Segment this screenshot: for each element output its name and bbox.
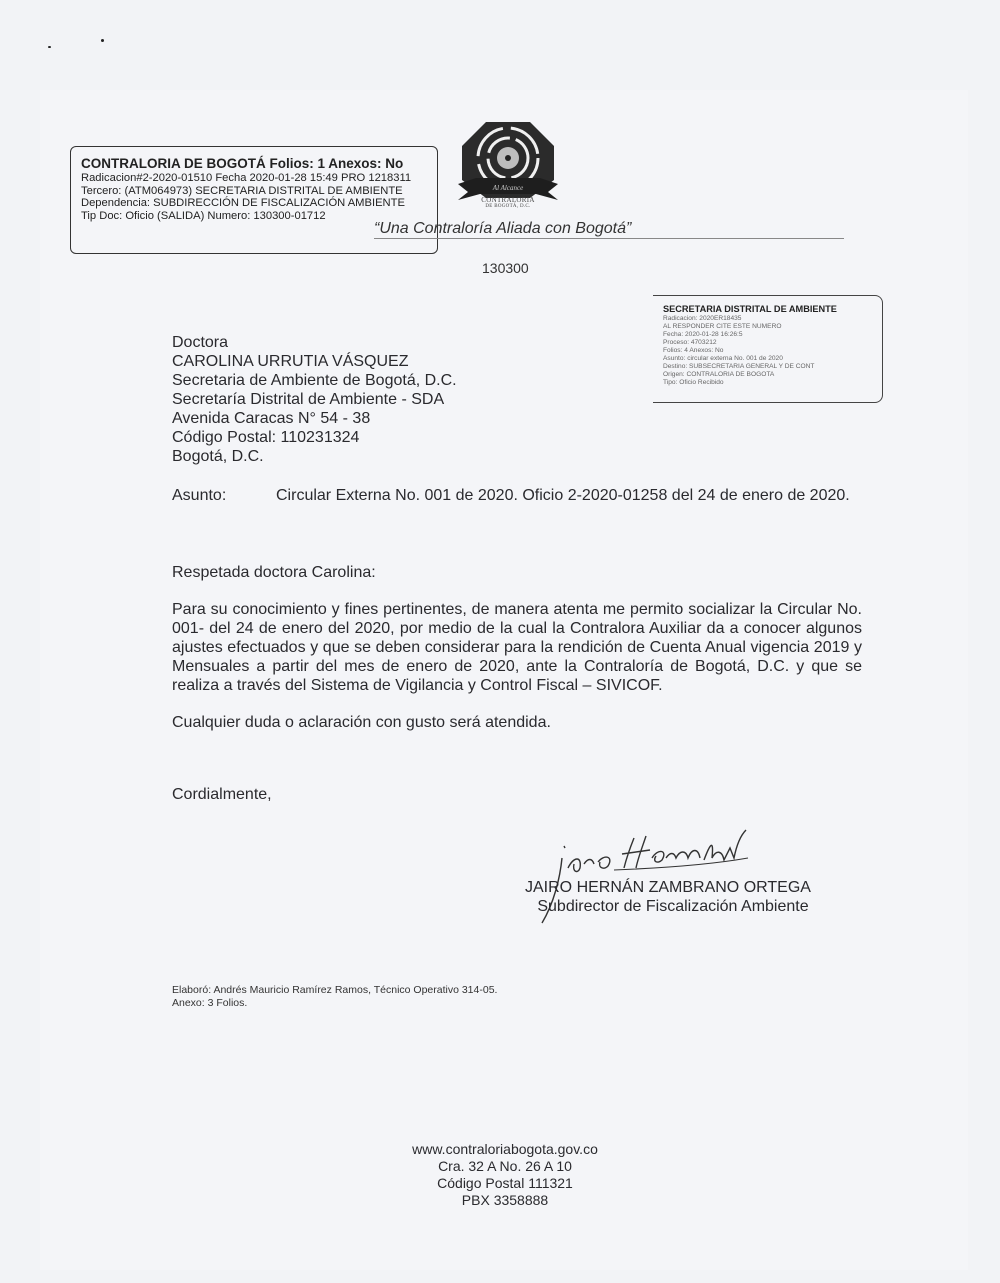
stamp-title: CONTRALORIA DE BOGOTÁ Folios: 1 Anexos: … bbox=[81, 156, 437, 172]
received-stamp-line: Destino: SUBSECRETARIA GENERAL Y DE CONT bbox=[663, 363, 882, 371]
addressee-address: Avenida Caracas N° 54 - 38 bbox=[172, 409, 457, 428]
received-stamp-line: AL RESPONDER CITE ESTE NUMERO bbox=[663, 323, 882, 331]
footer-website[interactable]: www.contraloriabogota.gov.co bbox=[380, 1141, 630, 1158]
received-stamp-line: Origen: CONTRALORIA DE BOGOTA bbox=[663, 371, 882, 379]
signer-block: JAIRO HERNÁN ZAMBRANO ORTEGA Subdirector… bbox=[525, 878, 811, 916]
addressee-postal-code: Código Postal: 110231324 bbox=[172, 428, 457, 447]
received-stamp-line: Folios: 4 Anexos: No bbox=[663, 347, 882, 355]
received-stamp-line: Proceso: 4703212 bbox=[663, 339, 882, 347]
body-paragraph: Para su conocimiento y fines pertinentes… bbox=[172, 600, 862, 695]
received-stamp-line: Tipo: Oficio Recibido bbox=[663, 379, 882, 387]
footer-phone: PBX 3358888 bbox=[380, 1192, 630, 1209]
received-stamp: SECRETARIA DISTRITAL DE AMBIENTE Radicac… bbox=[653, 295, 883, 403]
addressee-title: Doctora bbox=[172, 333, 457, 352]
received-stamp-line: Radicacion: 2020ER18435 bbox=[663, 315, 882, 323]
stamp-line: Dependencia: SUBDIRECCIÓN DE FISCALIZACI… bbox=[81, 197, 437, 210]
closing-line: Cualquier duda o aclaración con gusto se… bbox=[172, 713, 551, 732]
stamp-line: Radicacion#2-2020-01510 Fecha 2020-01-28… bbox=[81, 172, 437, 185]
addressee-block: Doctora CAROLINA URRUTIA VÁSQUEZ Secreta… bbox=[172, 333, 457, 466]
received-stamp-title: SECRETARIA DISTRITAL DE AMBIENTE bbox=[663, 303, 882, 315]
footer-postal-code: Código Postal 111321 bbox=[380, 1175, 630, 1192]
prepared-by: Elaboró: Andrés Mauricio Ramírez Ramos, … bbox=[172, 984, 497, 997]
signer-name: JAIRO HERNÁN ZAMBRANO ORTEGA bbox=[525, 878, 811, 897]
slogan: “Una Contraloría Aliada con Bogotá” bbox=[374, 220, 631, 238]
department-code: 130300 bbox=[482, 260, 529, 276]
svg-text:Al Alcance: Al Alcance bbox=[492, 184, 523, 192]
received-stamp-line: Fecha: 2020-01-28 16:26:5 bbox=[663, 331, 882, 339]
salutation: Respetada doctora Carolina: bbox=[172, 563, 376, 582]
footer-address: Cra. 32 A No. 26 A 10 bbox=[380, 1158, 630, 1175]
valediction: Cordialmente, bbox=[172, 785, 272, 804]
addressee-name: CAROLINA URRUTIA VÁSQUEZ bbox=[172, 352, 457, 371]
subject-text: Circular Externa No. 001 de 2020. Oficio… bbox=[276, 486, 856, 505]
received-stamp-line: Asunto: circular externa No. 001 de 2020 bbox=[663, 355, 882, 363]
slogan-rule bbox=[374, 238, 844, 239]
subject-label: Asunto: bbox=[172, 486, 226, 505]
addressee-entity: Secretaría Distrital de Ambiente - SDA bbox=[172, 390, 457, 409]
logo-text: CONTRALORIA DE BOGOTÁ, D.C. bbox=[460, 196, 556, 209]
logo-name: CONTRALORIA bbox=[481, 196, 534, 204]
addressee-city: Bogotá, D.C. bbox=[172, 447, 457, 466]
logo-subname: DE BOGOTÁ, D.C. bbox=[460, 204, 556, 209]
addressee-position: Secretaria de Ambiente de Bogotá, D.C. bbox=[172, 371, 457, 390]
annex-note: Anexo: 3 Folios. bbox=[172, 997, 497, 1010]
scan-speck bbox=[101, 39, 104, 42]
stamp-line: Tercero: (ATM064973) SECRETARIA DISTRITA… bbox=[81, 185, 437, 198]
scan-speck bbox=[48, 46, 51, 48]
footnote: Elaboró: Andrés Mauricio Ramírez Ramos, … bbox=[172, 984, 497, 1009]
footer: www.contraloriabogota.gov.co Cra. 32 A N… bbox=[380, 1141, 630, 1209]
signer-role: Subdirector de Fiscalización Ambiente bbox=[535, 897, 811, 916]
